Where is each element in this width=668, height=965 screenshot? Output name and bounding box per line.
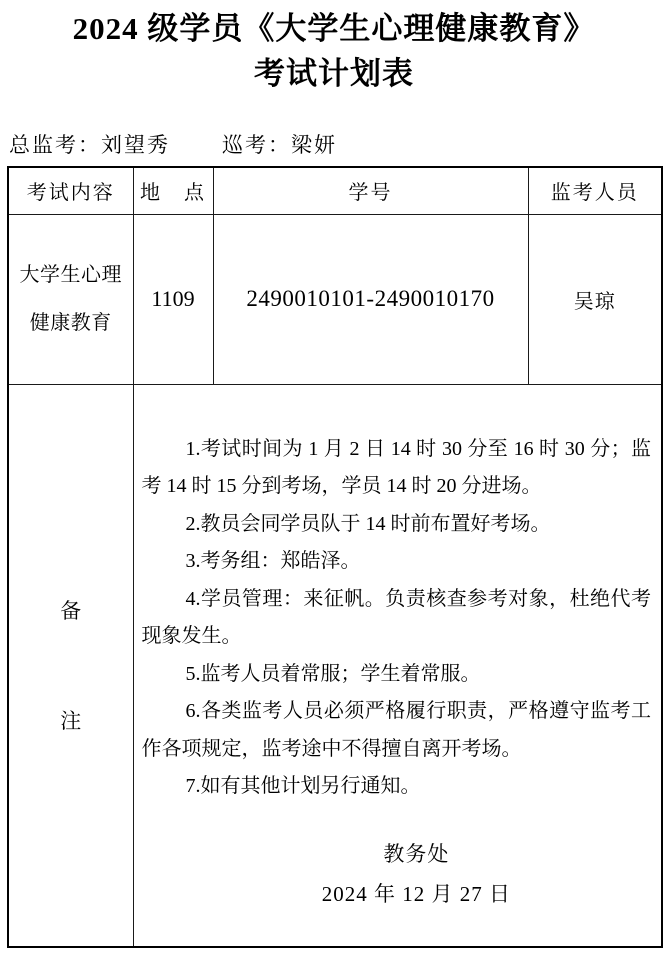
cell-invigilator: 吴琼 (528, 214, 662, 384)
exam-plan-table: 考试内容 地 点 学号 监考人员 大学生心理 健康教育 1109 2490010… (7, 166, 663, 948)
note-item-5: 5.监考人员着常服；学生着常服。 (142, 656, 652, 694)
signature-department: 教务处 (322, 834, 511, 874)
note-item-7: 7.如有其他计划另行通知。 (142, 768, 652, 806)
header-invigilator: 监考人员 (528, 167, 662, 214)
note-item-1: 1.考试时间为 1 月 2 日 14 时 30 分至 16 时 30 分；监考 … (142, 431, 652, 506)
patrol-invigilator-text: 巡考：梁妍 (222, 129, 337, 159)
cell-exam-content: 大学生心理 健康教育 (8, 214, 133, 384)
header-student-ids: 学号 (213, 167, 528, 214)
cell-student-ids: 2490010101-2490010170 (213, 214, 528, 384)
header-exam-content: 考试内容 (8, 167, 133, 214)
note-item-4: 4.学员管理：来征帆。负责核查参考对象，杜绝代考现象发生。 (142, 581, 652, 656)
remark-row: 备 注 1.考试时间为 1 月 2 日 14 时 30 分至 16 时 30 分… (8, 384, 662, 947)
cell-remark-body: 1.考试时间为 1 月 2 日 14 时 30 分至 16 时 30 分；监考 … (133, 384, 662, 947)
supervisors-line: 总监考：刘望秀 巡考：梁妍 (9, 129, 668, 159)
cell-location: 1109 (133, 214, 213, 384)
note-item-2: 2.教员会同学员队于 14 时前布置好考场。 (142, 506, 652, 544)
note-item-6: 6.各类监考人员必须严格履行职责，严格遵守监考工作各项规定，监考途中不得擅自离开… (142, 693, 652, 768)
cell-remark-label: 备 注 (8, 384, 133, 947)
exam-content-line-1: 大学生心理 (9, 251, 133, 299)
title-line-2: 考试计划表 (0, 51, 668, 96)
signature-date: 2024 年 12 月 27 日 (322, 874, 511, 914)
signature-block: 教务处 2024 年 12 月 27 日 (322, 834, 511, 914)
exam-content-line-2: 健康教育 (9, 299, 133, 347)
chief-invigilator-text: 总监考：刘望秀 (9, 129, 170, 159)
exam-data-row: 大学生心理 健康教育 1109 2490010101-2490010170 吴琼 (8, 214, 662, 384)
title-line-1: 2024 级学员《大学生心理健康教育》 (0, 6, 668, 51)
header-location: 地 点 (133, 167, 213, 214)
note-item-3: 3.考务组：郑皓泽。 (142, 543, 652, 581)
table-header-row: 考试内容 地 点 学号 监考人员 (8, 167, 662, 214)
document-title: 2024 级学员《大学生心理健康教育》 考试计划表 (0, 0, 668, 96)
exam-plan-document: 2024 级学员《大学生心理健康教育》 考试计划表 总监考：刘望秀 巡考：梁妍 … (0, 0, 668, 965)
remark-label-char-2: 注 (9, 705, 133, 735)
remark-label-char-1: 备 (9, 595, 133, 625)
